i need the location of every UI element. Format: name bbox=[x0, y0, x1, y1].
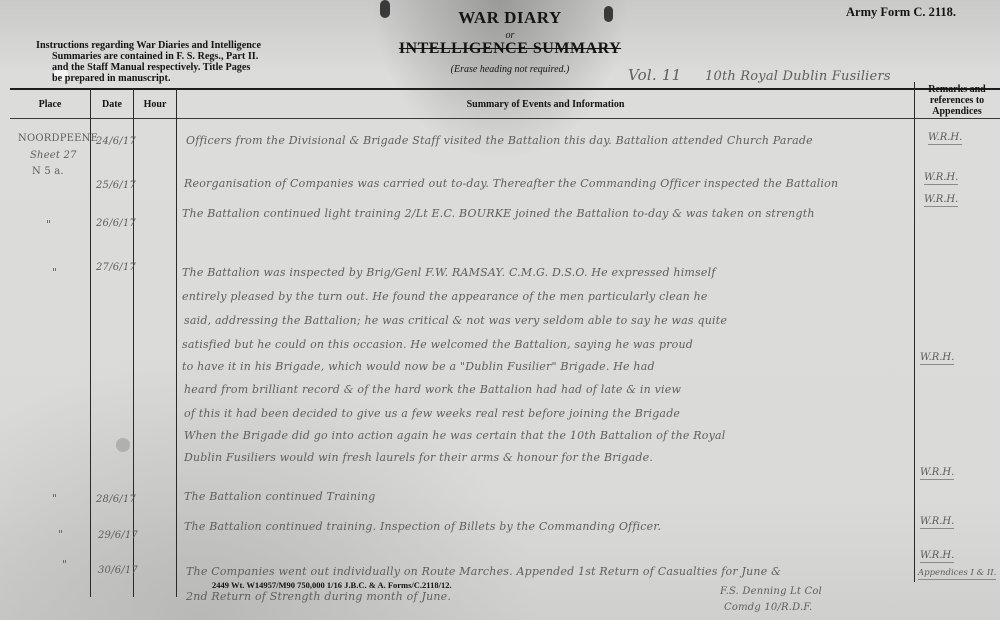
place-ditto: " bbox=[58, 528, 63, 541]
place-ditto: " bbox=[52, 266, 57, 279]
place-grid-ref: N 5 a. bbox=[32, 166, 64, 177]
signature-title: Comdg 10/R.D.F. bbox=[724, 602, 812, 613]
entry-text: to have it in his Brigade, which would n… bbox=[182, 360, 655, 373]
form-subtitle-struck: INTELLIGENCE SUMMARY bbox=[340, 40, 680, 58]
entry-text: The Battalion continued training. Inspec… bbox=[184, 520, 661, 533]
column-header-hour: Hour bbox=[134, 90, 176, 118]
entry-text: Dublin Fusiliers would win fresh laurels… bbox=[184, 451, 653, 464]
remark-initials: W.R.H. bbox=[924, 172, 958, 185]
remark-initials: W.R.H. bbox=[920, 467, 954, 480]
entry-text: heard from brilliant record & of the har… bbox=[184, 383, 681, 396]
entry-date: 29/6/17 bbox=[98, 530, 138, 541]
column-header-summary: Summary of Events and Information bbox=[177, 90, 914, 118]
remark-initials: W.R.H. bbox=[924, 194, 958, 207]
remark-initials: W.R.H. bbox=[920, 550, 954, 563]
stain-mark bbox=[116, 438, 130, 452]
instructions-line: Instructions regarding War Diaries and I… bbox=[36, 40, 268, 51]
entry-text: 2nd Return of Strength during month of J… bbox=[186, 590, 451, 603]
remark-initials: W.R.H. bbox=[920, 352, 954, 365]
form-title: WAR DIARY bbox=[340, 8, 680, 28]
entry-text: satisfied but he could on this occasion.… bbox=[182, 338, 693, 351]
place-ditto: " bbox=[46, 218, 51, 231]
remark-initials: W.R.H. bbox=[928, 132, 962, 145]
column-divider-date-hour bbox=[133, 89, 134, 597]
entry-text: of this it had been decided to give us a… bbox=[184, 407, 680, 420]
entry-text: said, addressing the Battalion; he was c… bbox=[184, 314, 727, 327]
entry-text: Officers from the Divisional & Brigade S… bbox=[186, 134, 813, 147]
column-divider-hour-summary bbox=[176, 89, 177, 597]
form-print-code: 2449 Wt. W14957/M90 750,000 1/16 J.B.C. … bbox=[212, 580, 452, 590]
instructions-line: be prepared in manuscript. bbox=[36, 73, 268, 84]
instructions-line: and the Staff Manual respectively. Title… bbox=[36, 62, 268, 73]
remark-initials: W.R.H. bbox=[920, 516, 954, 529]
entry-text: When the Brigade did go into action agai… bbox=[184, 429, 726, 442]
entry-date: 30/6/17 bbox=[98, 565, 138, 576]
place-map-sheet: Sheet 27 bbox=[30, 150, 77, 161]
remark-appendices: Appendices I & II. bbox=[918, 568, 996, 580]
instructions-line: Summaries are contained in F. S. Regs., … bbox=[36, 51, 268, 62]
place-name: NOORDPEENE bbox=[18, 133, 98, 144]
column-divider-place-date bbox=[90, 89, 91, 597]
signature-name: F.S. Denning Lt Col bbox=[720, 586, 822, 597]
header-bottom-rule bbox=[10, 118, 916, 119]
entry-text: The Battalion was inspected by Brig/Genl… bbox=[182, 266, 716, 279]
entry-date: 26/6/17 bbox=[96, 218, 136, 229]
entry-date: 28/6/17 bbox=[96, 494, 136, 505]
column-header-place: Place bbox=[10, 90, 90, 118]
entry-date: 27/6/17 bbox=[96, 262, 136, 273]
place-ditto: " bbox=[62, 558, 67, 571]
entry-text: The Companies went out individually on R… bbox=[186, 565, 781, 578]
entry-date: 25/6/17 bbox=[96, 180, 136, 191]
place-ditto: " bbox=[52, 492, 57, 505]
army-form-number: Army Form C. 2118. bbox=[846, 5, 956, 20]
column-header-remarks: Remarks and references to Appendices bbox=[914, 84, 1000, 120]
entry-date: 24/6/17 bbox=[96, 136, 136, 147]
entry-text: The Battalion continued light training 2… bbox=[182, 207, 815, 220]
volume-handwritten: Vol. 11 bbox=[628, 66, 681, 84]
entry-text: Reorganisation of Companies was carried … bbox=[184, 177, 838, 190]
column-header-date: Date bbox=[91, 90, 133, 118]
instructions-text: Instructions regarding War Diaries and I… bbox=[36, 40, 268, 84]
entry-text: entirely pleased by the turn out. He fou… bbox=[182, 290, 708, 303]
column-divider-summary-remarks bbox=[914, 82, 915, 582]
entry-text: The Battalion continued Training bbox=[184, 490, 376, 503]
unit-handwritten: 10th Royal Dublin Fusiliers bbox=[705, 69, 891, 84]
